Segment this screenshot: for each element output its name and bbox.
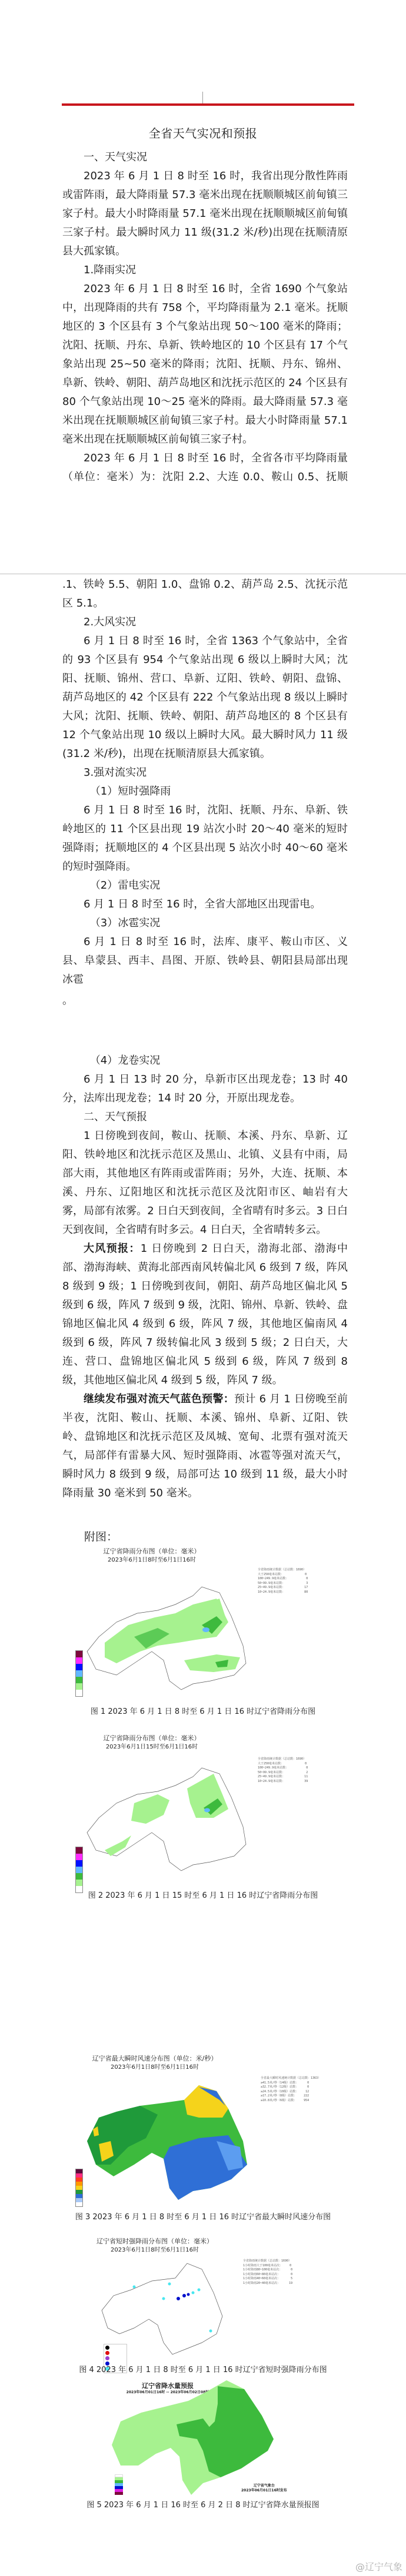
figure-2-legend	[75, 1847, 83, 1893]
wind-heading: 2.大风实况	[62, 613, 348, 632]
figure-2-rain-map	[81, 1762, 252, 1874]
figure-3-caption: 图 3 2023 年 6 月 1 日 8 时至 6 月 1 日 16 时辽宁省最…	[0, 2212, 406, 2223]
figure-5-issuer: 辽宁省气象台	[241, 2484, 287, 2488]
figure-1-legend	[75, 1650, 83, 1697]
figure-5: 辽宁省降水量预报 2023年06月01日16时 -- 2023年06月02日08…	[106, 2380, 300, 2501]
header-red-rule	[62, 103, 354, 106]
hail-heading: （3）冰雹实况	[62, 914, 348, 933]
hail-paragraph: 6 月 1 日 8 时至 16 时，法库、康平、鞍山市区、义县、阜蒙县、西丰、昌…	[62, 933, 348, 989]
figure-4-caption: 图 4 2023 年 6 月 1 日 8 时至 6 月 1 日 16 时辽宁省短…	[0, 2365, 406, 2376]
hail-paragraph-tail: 。	[62, 989, 348, 1013]
figure-2-title: 辽宁省降雨分布图（单位：毫米）	[102, 1734, 202, 1743]
forecast-paragraph: 1 日傍晚到夜间，鞍山、抚顺、本溪、丹东、阜新、辽阳、铁岭地区和沈抚示范区及黑山…	[62, 1127, 348, 1240]
heavy-rain-heading: （1）短时强降雨	[62, 782, 348, 801]
figure-3-wind-map	[81, 2082, 252, 2200]
figure-1-rain-map	[81, 1581, 252, 1693]
figure-5-precip-forecast-map	[109, 2380, 300, 2501]
figure-3-subtitle: 2023年6月1日8时至6月1日16时	[90, 2063, 219, 2072]
rain-paragraph: 2023 年 6 月 1 日 8 时至 16 时，全省 1690 个气象站中，出…	[62, 280, 348, 449]
page-3-body: （4）龙卷实况 6 月 1 日 13 时 20 分，阜新市区出现龙卷；13 时 …	[62, 1051, 348, 1503]
warning-paragraph: 继续发布强对流天气蓝色预警：预计 6 月 1 日傍晚至前半夜，沈阳、鞍山、抚顺、…	[62, 1390, 348, 1503]
page-2-body: .1、铁岭 5.5、朝阳 1.0、盘锦 0.2、葫芦岛 2.5、沈抚示范区 5.…	[62, 575, 348, 1013]
figure-4-stats: 全省降雨统计数据（总站数：1690） 1小时降雨大于100毫米站次： 0 1小时…	[243, 2259, 292, 2286]
convection-heading: 3.强对流实况	[62, 763, 348, 782]
figure-4: 辽宁省短时强降雨分布图（单位：毫米） 2023年6月1日8时至6月1日16时 全…	[75, 2237, 364, 2366]
summary-paragraph: 2023 年 6 月 1 日 8 时至 16 时，我省出现分散性阵雨或雷阵雨，最…	[62, 167, 348, 261]
figure-4-subtitle: 2023年6月1日8时至6月1日16时	[90, 2246, 219, 2255]
figure-3-legend	[75, 2169, 83, 2207]
figure-2-caption: 图 2 2023 年 6 月 1 日 15 时至 6 月 1 日 16 时辽宁省…	[0, 1891, 406, 1901]
wind-forecast-text: 1 日傍晚到 2 日白天，渤海北部、渤海中部、渤海海峡、黄海北部西南风转偏北风 …	[62, 1242, 348, 1386]
warning-label: 继续发布强对流天气蓝色预警：	[84, 1393, 234, 1405]
warning-text: 预计 6 月 1 日傍晚至前半夜，沈阳、鞍山、抚顺、本溪、锦州、阜新、辽阳、铁岭…	[62, 1393, 348, 1499]
wind-paragraph: 6 月 1 日 8 时至 16 时，全省 1363 个气象站中，全省的 93 个…	[62, 632, 348, 763]
figure-2: 辽宁省降雨分布图（单位：毫米） 2023年6月1日15时至6月1日16时 全省降…	[75, 1734, 364, 1892]
figure-1-caption: 图 1 2023 年 6 月 1 日 8 时至 6 月 1 日 16 时辽宁省降…	[0, 1707, 406, 1717]
thunder-paragraph: 6 月 1 日 8 时至 16 时，全省大部地区出现雷电。	[62, 895, 348, 914]
attachments-label: 附图：	[84, 1529, 118, 1545]
figure-2-stats: 全省降雨统计数据（总站数：1690） 大于250毫米站数： 0 100~249.…	[258, 1757, 308, 1784]
figure-4-title: 辽宁省短时强降雨分布图（单位：毫米）	[90, 2237, 219, 2246]
tornado-heading: （4）龙卷实况	[62, 1051, 348, 1070]
wind-forecast-paragraph: 大风预报：1 日傍晚到 2 日白天，渤海北部、渤海中部、渤海海峡、黄海北部西南风…	[62, 1240, 348, 1390]
figure-5-caption: 图 5 2023 年 6 月 1 日 16 时至 6 月 2 日 8 时辽宁省降…	[0, 2500, 406, 2511]
heavy-rain-paragraph: 6 月 1 日 8 时至 16 时，沈阳、抚顺、丹东、阜新、铁岭地区的 11 个…	[62, 801, 348, 876]
city-rain-continued: .1、铁岭 5.5、朝阳 1.0、盘锦 0.2、葫芦岛 2.5、沈抚示范区 5.…	[62, 575, 348, 613]
figure-1: 辽宁省降雨分布图（单位：毫米） 2023年6月1日8时至6月1日16时 全省降雨…	[75, 1546, 364, 1704]
header-tick	[202, 92, 203, 104]
rain-heading: 1.降雨实况	[62, 261, 348, 280]
tornado-paragraph: 6 月 1 日 13 时 20 分，阜新市区出现龙卷；13 时 40 分，法库出…	[62, 1070, 348, 1108]
figure-1-stats: 全省降雨统计数据（总站数：1690） 大于250毫米站数： 0 100~249.…	[258, 1568, 308, 1594]
wind-forecast-label: 大风预报：	[84, 1242, 141, 1255]
thunder-heading: （2）雷电实况	[62, 876, 348, 895]
figure-2-subtitle: 2023年6月1日15时至6月1日16时	[102, 1743, 202, 1751]
page-1-body: 一、天气实况 2023 年 6 月 1 日 8 时至 16 时，我省出现分散性阵…	[62, 148, 348, 487]
section-heading-observations: 一、天气实况	[62, 148, 348, 167]
figure-3-title: 辽宁省最大瞬时风速分布图（单位：米/秒）	[90, 2054, 219, 2063]
weibo-watermark: @辽宁气象	[355, 2560, 402, 2573]
figure-1-subtitle: 2023年6月1日8时至6月1日16时	[102, 1556, 202, 1565]
section-heading-forecast: 二、天气预报	[62, 1108, 348, 1127]
city-rain-paragraph: 2023 年 6 月 1 日 8 时至 16 时，全省各市平均降雨量（单位：毫米…	[62, 449, 348, 487]
figure-3-stats: 全省最大瞬时风速统计数据（总站数：1363） ≥41.5米/秒（14级）站数： …	[261, 2076, 321, 2103]
page-break	[0, 574, 406, 574]
figure-5-issued-time: 2023年06月01日16时发布	[241, 2488, 287, 2493]
document-title: 全省天气实况和预报	[0, 125, 406, 142]
figure-3: 辽宁省最大瞬时风速分布图（单位：米/秒） 2023年6月1日8时至6月1日16时…	[75, 2054, 364, 2216]
figure-5-legend	[115, 2474, 123, 2495]
figure-1-title: 辽宁省降雨分布图（单位：毫米）	[102, 1547, 202, 1556]
